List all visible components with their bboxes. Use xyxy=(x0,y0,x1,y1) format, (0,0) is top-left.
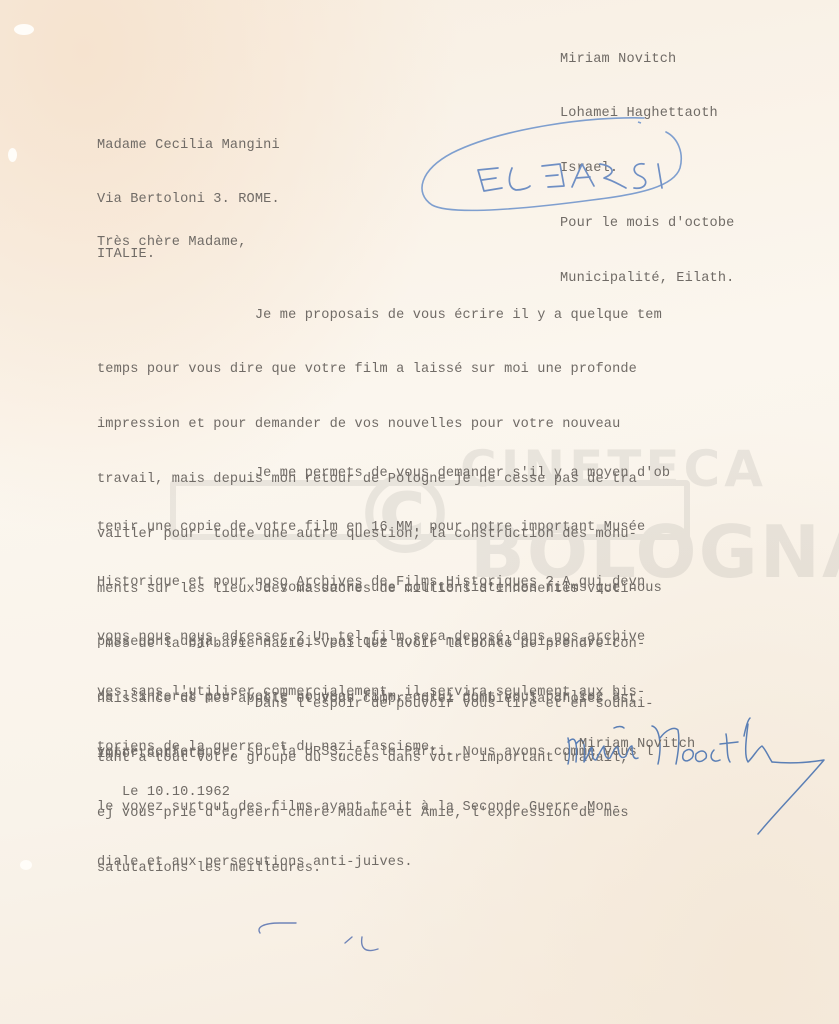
salutation: Très chère Madame, xyxy=(97,234,247,252)
body-line: Je me permets de vous demander s'il y a … xyxy=(97,465,787,483)
letter-page: CINETECA © BOLOGNA Miriam Novitch Lohame… xyxy=(0,0,839,1024)
letter-date: Le 10.10.1962 xyxy=(122,784,230,802)
body-line: Je me proposais de vous écrire il y a qu… xyxy=(97,307,787,325)
punch-hole-middle xyxy=(8,148,17,162)
recipient-line: Madame Cecilia Mangini xyxy=(97,137,280,155)
recipient-line: Via Bertoloni 3. ROME. xyxy=(97,191,280,209)
punch-hole-top xyxy=(14,24,34,35)
body-line: Je vous donne une courte liste des films… xyxy=(97,580,787,598)
body-line: ej vous prie d'agréern chère Madame et A… xyxy=(97,805,787,823)
punch-hole-bottom xyxy=(20,860,32,870)
body-line: possedons déjà. Je ne crois pas que notr… xyxy=(97,634,787,652)
body-line: tenir une copie de votre film en 16 MM. … xyxy=(97,519,787,537)
sender-line: Miriam Novitch xyxy=(560,51,734,69)
sender-line: Israel. xyxy=(560,160,734,178)
pen-marks xyxy=(240,915,440,975)
body-line: Dans l'espoir de pouvoir vous lire et en… xyxy=(97,696,787,714)
typed-signature: Miriam Novitch xyxy=(579,736,695,754)
body-line: temps pour vous dire que votre film a la… xyxy=(97,361,787,379)
sender-line: Pour le mois d'octobe xyxy=(560,215,734,233)
body-line: salutations les meilleures. xyxy=(97,860,787,878)
sender-line: Lohamei Haghettaoth xyxy=(560,105,734,123)
